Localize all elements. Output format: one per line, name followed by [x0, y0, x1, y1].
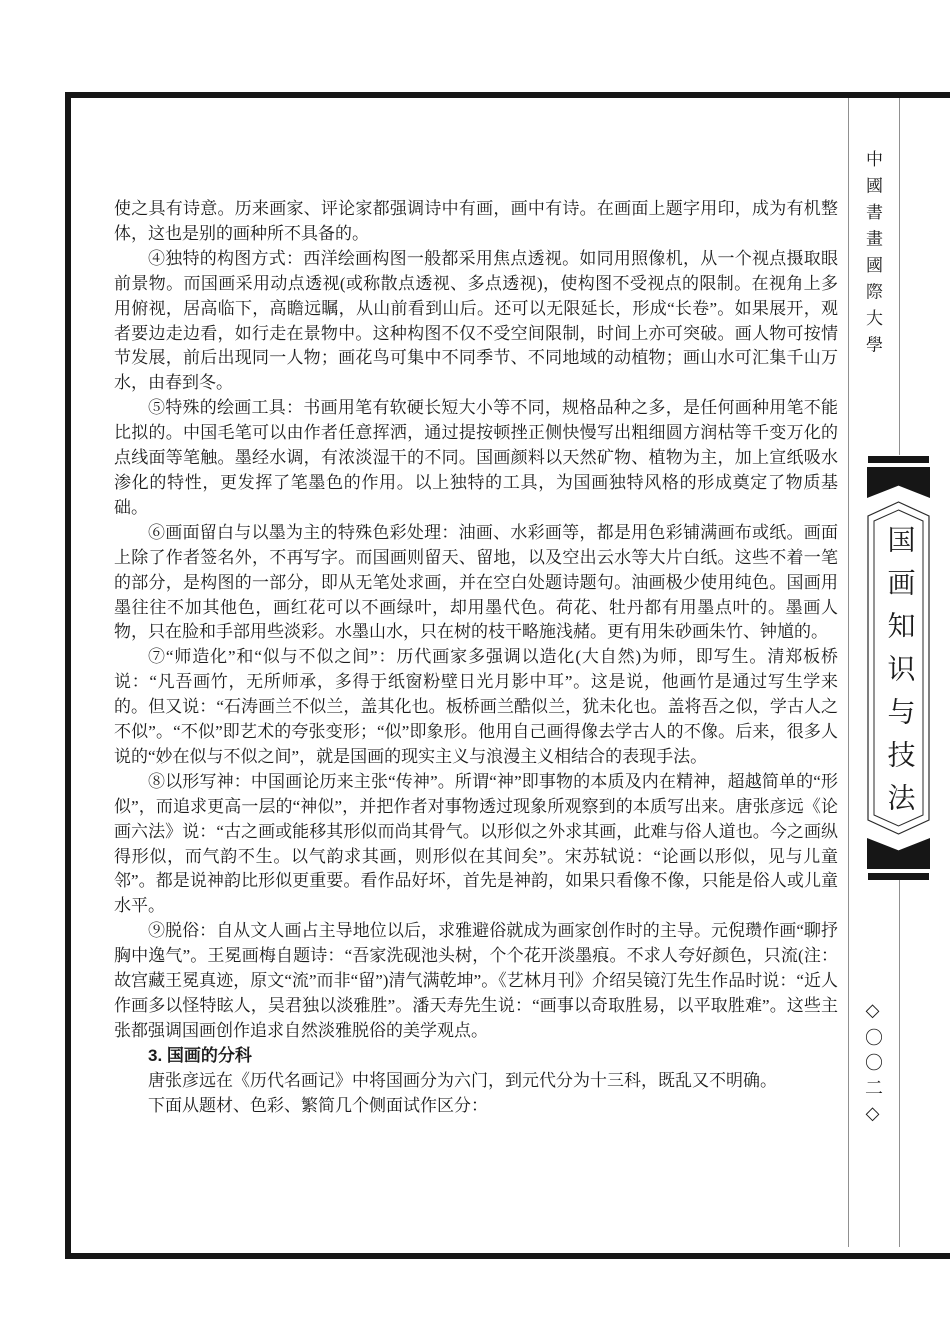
- paragraph-section-1: 唐张彦远在《历代名画记》中将国画分为六门，到元代分为十三科，既乱又不明确。: [114, 1069, 838, 1094]
- paragraph-item-6: ⑥画面留白与以墨为主的特殊色彩处理：油画、水彩画等，都是用色彩铺满画布或纸。画面…: [114, 521, 838, 646]
- paragraph-continuation: 使之具有诗意。历来画家、评论家都强调诗中有画，画中有诗。在画面上题字用印，成为有…: [114, 197, 838, 247]
- chapter-title-vertical: 国画知识与技法: [879, 525, 919, 826]
- sidebar-divider-line-right-upper: [899, 98, 900, 455]
- paragraph-item-4: ④独特的构图方式：西洋绘画构图一般都采用焦点透视。如同用照像机，从一个视点摄取眼…: [114, 247, 838, 396]
- main-text-column: 使之具有诗意。历来画家、评论家都强调诗中有画，画中有诗。在画面上题字用印，成为有…: [114, 197, 838, 1119]
- chapter-banner: 国画知识与技法: [867, 456, 930, 880]
- sidebar-divider-line-right-lower: [899, 878, 900, 1247]
- scanned-book-page: 使之具有诗意。历来画家、评论家都强调诗中有画，画中有诗。在画面上题字用印，成为有…: [0, 0, 950, 1344]
- paragraph-item-9: ⑨脱俗：自从文人画占主导地位以后，求雅避俗就成为画家创作时的主导。元倪瓒作画“聊…: [114, 919, 838, 1044]
- banner-top-bar: [868, 456, 929, 463]
- paragraph-item-8: ⑧以形写神：中国画论历来主张“传神”。所谓“神”即事物的本质及内在精神，超越简单…: [114, 770, 838, 919]
- banner-top-ribbon-icon: [867, 467, 930, 498]
- page-number-vertical: ◇〇〇二◇: [862, 1000, 886, 1131]
- paragraph-section-2: 下面从题材、色彩、繁简几个侧面试作区分：: [114, 1094, 838, 1119]
- chapter-title-cartouche: 国画知识与技法: [867, 501, 930, 835]
- university-name-vertical: 中國書畫國際大學: [861, 150, 885, 362]
- section-heading: 3. 国画的分科: [114, 1044, 838, 1069]
- paragraph-item-5: ⑤特殊的绘画工具：书画用笔有软硬长短大小等不同，规格品种之多，是任何画种用笔不能…: [114, 396, 838, 521]
- paragraph-item-7: ⑦“师造化”和“似与不似之间”：历代画家多强调以造化(大自然)为师，即写生。清郑…: [114, 645, 838, 770]
- banner-bottom-ribbon-icon: [867, 838, 930, 869]
- sidebar-divider-line-left: [848, 98, 849, 1247]
- banner-bottom-bar: [868, 873, 929, 880]
